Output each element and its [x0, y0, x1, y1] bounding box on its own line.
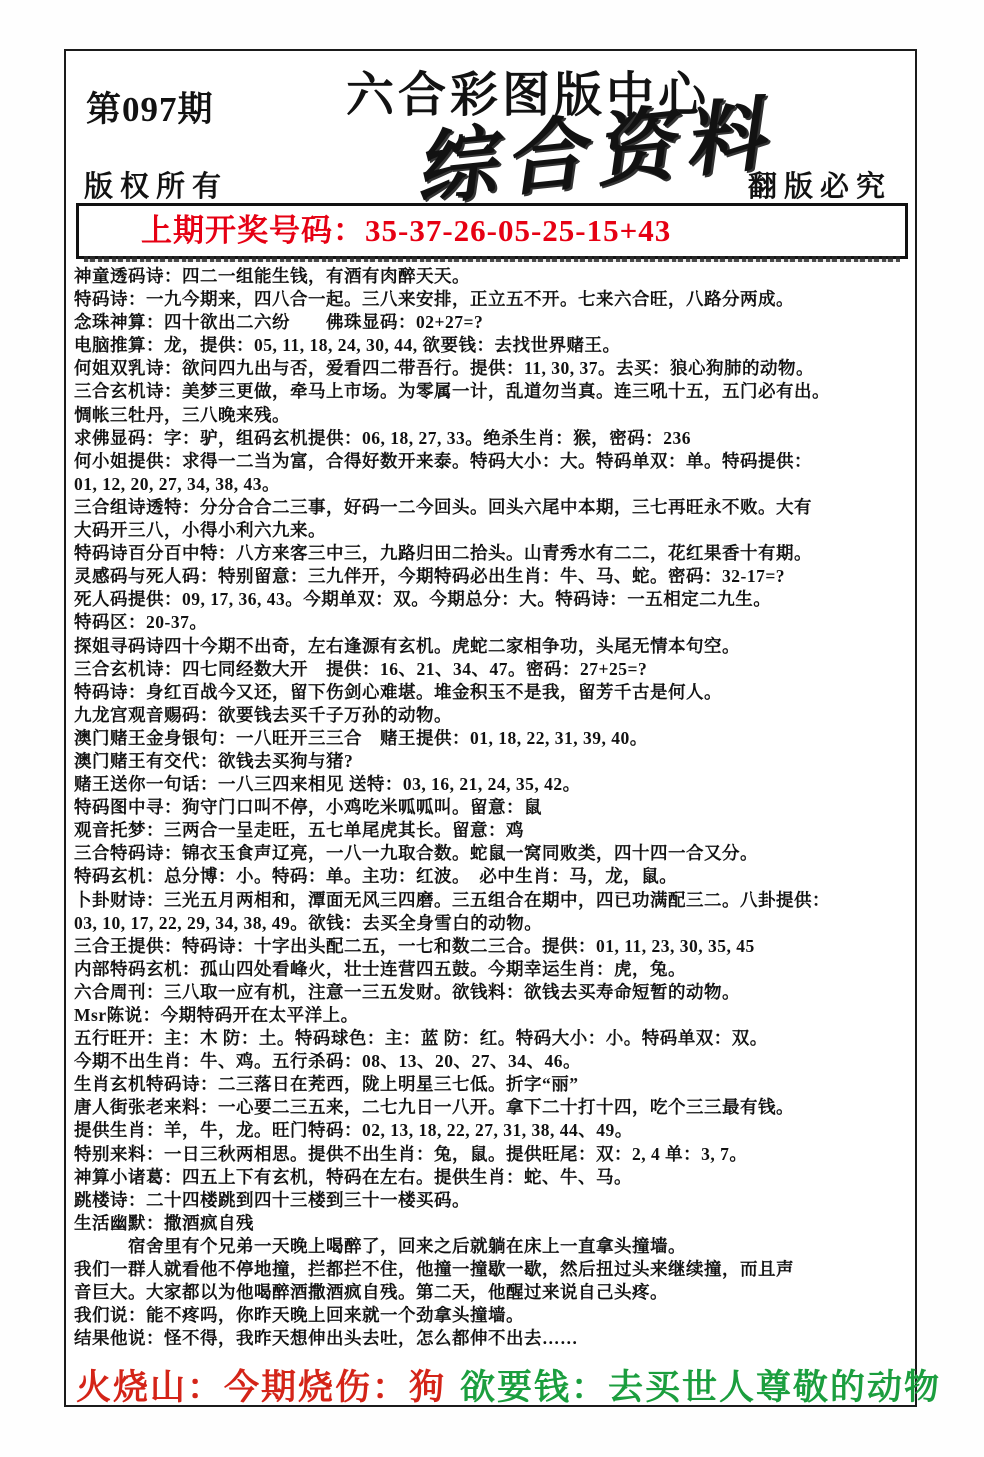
- body-line: 内部特码玄机：孤山四处看峰火，壮士连营四五鼓。今期幸运生肖：虎，兔。: [74, 958, 914, 981]
- body-line: 澳门赌王金身银句：一八旺开三三合 赌王提供：01, 18, 22, 31, 39…: [74, 727, 914, 750]
- fineprint-smudge: [84, 256, 900, 262]
- body-line: 何姐双乳诗：欲问四九出与否，爱看四二带吾行。提供：11, 30, 37。去买：狼…: [74, 357, 914, 380]
- copyright-left-label: 版权所有: [84, 164, 228, 205]
- body-line: 生活幽默：撒酒疯自残: [74, 1212, 914, 1235]
- body-line: 三合特码诗：锦衣玉食声辽亮，一八一九取合数。蛇鼠一窝同败类，四十四一合又分。: [74, 842, 914, 865]
- body-line: 特码诗百分百中特：八方来客三中三，九路归田二拾头。山青秀水有二二，花红果香十有期…: [74, 542, 914, 565]
- body-line: 宿舍里有个兄弟一天晚上喝醉了，回来之后就躺在床上一直拿头撞墙。: [74, 1235, 914, 1258]
- body-line: 特码区：20-37。: [74, 611, 914, 634]
- body-line: 神童透码诗：四二一组能生钱，有酒有肉醉天天。: [74, 265, 914, 288]
- footer-green-tip: 欲要钱：去买世人尊敬的动物: [460, 1368, 941, 1407]
- footer-tip-line: 火烧山：今期烧伤：狗欲要钱：去买世人尊敬的动物: [76, 1360, 904, 1410]
- body-line: 死人码提供：09, 17, 36, 43。今期单双：双。今期总分：大。特码诗：一…: [74, 588, 914, 611]
- body-line: 何小姐提供：求得一二当为富，合得好数开来泰。特码大小：大。特码单双：单。特码提供…: [74, 450, 914, 473]
- body-line: 观音托梦：三两合一呈走旺，五七单尾虎其长。留意：鸡: [74, 819, 914, 842]
- body-line: 求佛显码：字：驴，组码玄机提供：06, 18, 27, 33。绝杀生肖：猴，密码…: [74, 427, 914, 450]
- body-line: 今期不出生肖：牛、鸡。五行杀码：08、13、20、27、34、46。: [74, 1050, 914, 1073]
- body-line: 探姐寻码诗四十今期不出奇，左右逢源有玄机。虎蛇二家相争功，头尾无情本句空。: [74, 635, 914, 658]
- body-line: 生肖玄机特码诗：二三落日在茺西，陇上明星三七低。折字“丽”: [74, 1073, 914, 1096]
- body-line: 特码玄机：总分博：小。特码：单。主功：红波。 必中生肖：马，龙，鼠。: [74, 865, 914, 888]
- body-line: 我们一群人就看他不停地撞，拦都拦不住，他撞一撞歇一歇，然后扭过头来继续撞，而且声: [74, 1258, 914, 1281]
- body-line: 03, 10, 17, 22, 29, 34, 38, 49。欲钱：去买全身雪白…: [74, 912, 914, 935]
- body-line: 01, 12, 20, 27, 34, 38, 43。: [74, 473, 914, 496]
- body-line: 跳楼诗：二十四楼跳到四十三楼到三十一楼买码。: [74, 1189, 914, 1212]
- body-line: 结果他说：怪不得，我昨天想伸出头去吐，怎么都伸不出去……: [74, 1327, 914, 1350]
- body-line: 六合周刊：三八取一应有机，注意一三五发财。欲钱料：欲钱去买寿命短暂的动物。: [74, 981, 914, 1004]
- body-line: 神算小诸葛：四五上下有玄机，特码在左右。提供生肖：蛇、牛、马。: [74, 1166, 914, 1189]
- body-line: 特别来料：一日三秋两相思。提供不出生肖：兔，鼠。提供旺尾：双：2, 4 单：3,…: [74, 1143, 914, 1166]
- last-draw-banner: 上期开奖号码：35-37-26-05-25-15+43: [76, 203, 908, 259]
- body-line: 卜卦财诗：三光五月两相和，潭面无风三四磨。三五组合在期中，四已功满配三二。八卦提…: [74, 889, 914, 912]
- body-line: 特码图中寻：狗守门口叫不停，小鸡吃米呱呱叫。留意：鼠: [74, 796, 914, 819]
- issue-number: 第097期: [86, 82, 214, 132]
- body-line: 灵感码与死人码：特别留意：三九伴开，今期特码必出生肖：牛、马、蛇。密码：32-1…: [74, 565, 914, 588]
- copyright-right-label: 翻版必究: [748, 164, 892, 205]
- body-line: 三合玄机诗：美梦三更做，牵马上市场。为零属一计，乱道勿当真。连三吼十五，五门必有…: [74, 380, 914, 403]
- tips-text-block: 神童透码诗：四二一组能生钱，有酒有肉醉天天。 特码诗：一九今期来，四八合一起。三…: [74, 265, 914, 1350]
- body-line: 念珠神算：四十欲出二六纷 佛珠显码：02+27=?: [74, 311, 914, 334]
- body-line: 惆帐三牡丹，三八晚来残。: [74, 404, 914, 427]
- body-line: 特码诗：一九今期来，四八合一起。三八来安排，正立五不开。七来六合旺，八路分两成。: [74, 288, 914, 311]
- body-line: 电脑推算：龙，提供：05, 11, 18, 24, 30, 44, 欲要钱：去找…: [74, 334, 914, 357]
- last-draw-value: 35-37-26-05-25-15+43: [365, 213, 671, 248]
- body-line: Msr陈说：今期特码开在太平洋上。: [74, 1004, 914, 1027]
- last-draw-label: 上期开奖号码：: [141, 213, 365, 248]
- lottery-info-page: 第097期 六合彩图版中心 综合资料 版权所有 翻版必究 上期开奖号码：35-3…: [0, 0, 984, 1457]
- body-line: 特码诗：身红百战今又还，留下伤剑心难堪。堆金积玉不是我，留芳千古是何人。: [74, 681, 914, 704]
- body-line: 澳门赌王有交代：欲钱去买狗与猪?: [74, 750, 914, 773]
- body-line: 三合王提供：特码诗：十字出头配二五，一七和数二三合。提供：01, 11, 23,…: [74, 935, 914, 958]
- body-line: 大码开三八，小得小利六九来。: [74, 519, 914, 542]
- body-line: 赌王送你一句话：一八三四来相见 送特：03, 16, 21, 24, 35, 4…: [74, 773, 914, 796]
- body-line: 唐人街张老来料：一心要二三五来，二七九日一八开。拿下二十打十四，吃个三三最有钱。: [74, 1096, 914, 1119]
- body-line: 五行旺开：主：木 防：土。特码球色：主：蓝 防：红。特码大小：小。特码单双：双。: [74, 1027, 914, 1050]
- body-line: 提供生肖：羊，牛，龙。旺门特码：02, 13, 18, 22, 27, 31, …: [74, 1119, 914, 1142]
- body-line: 三合玄机诗：四七同经数大开 提供：16、21、34、47。密码：27+25=?: [74, 658, 914, 681]
- footer-red-tip: 火烧山：今期烧伤：狗: [76, 1368, 446, 1407]
- body-line: 九龙宫观音赐码：欲要钱去买千子万孙的动物。: [74, 704, 914, 727]
- last-draw-numbers: 上期开奖号码：35-37-26-05-25-15+43: [141, 206, 671, 256]
- body-line: 三合组诗透特：分分合合二三事，好码一二今回头。回头六尾中本期，三七再旺永不败。大…: [74, 496, 914, 519]
- body-line: 音巨大。大家都以为他喝醉酒撒酒疯自残。第二天，他醒过来说自己头疼。: [74, 1281, 914, 1304]
- body-line: 我们说：能不疼吗，你昨天晚上回来就一个劲拿头撞墙。: [74, 1304, 914, 1327]
